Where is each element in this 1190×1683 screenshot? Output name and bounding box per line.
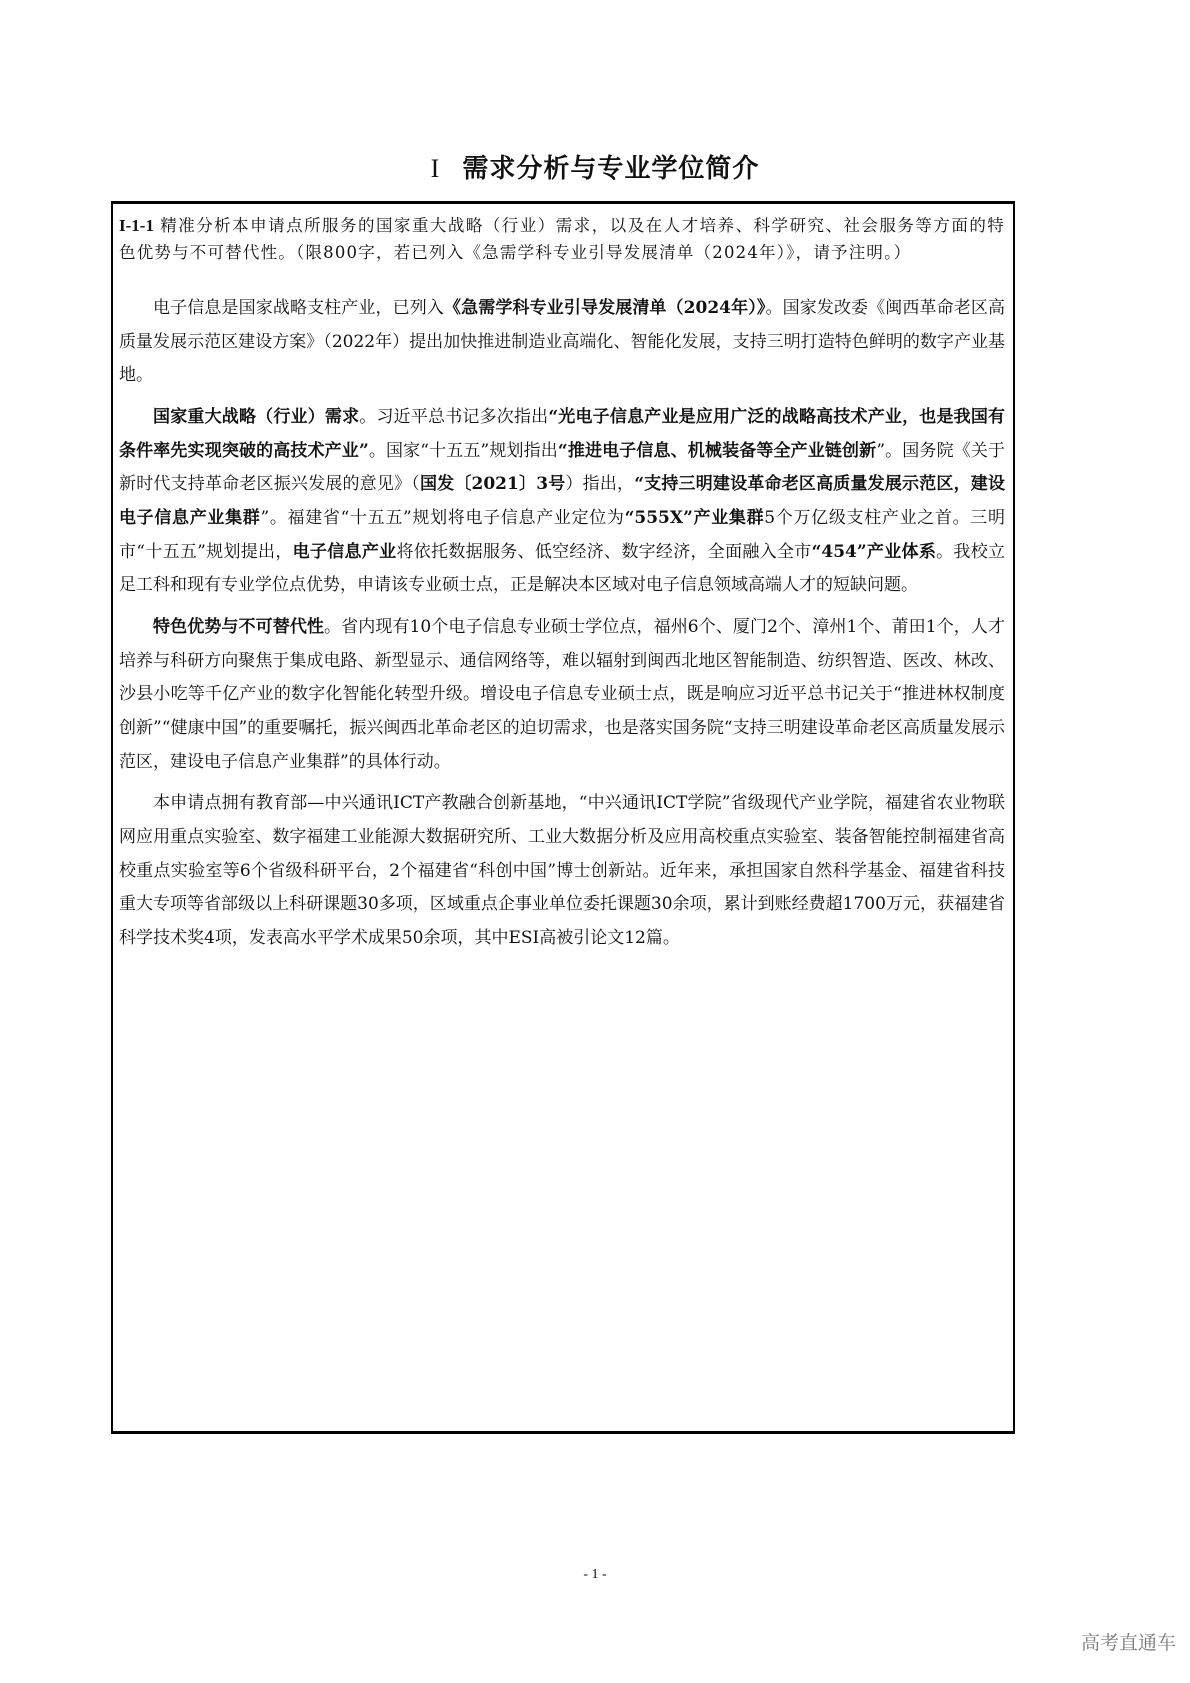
paragraph-text: 。省内现有10个电子信息专业硕士学位点，福州6个、厦门2个、漳州1个、莆田1个，… bbox=[119, 617, 1005, 771]
answer-paragraph: 电子信息是国家战略支柱产业，已列入《急需学科专业引导发展清单（2024年）》。国… bbox=[119, 292, 1005, 393]
emphasis-text: “454”产业体系 bbox=[812, 542, 937, 562]
emphasis-text: 国发〔2021〕3号 bbox=[420, 474, 565, 494]
page-title: I需求分析与专业学位简介 bbox=[0, 148, 1190, 185]
paragraph-text: ）指出， bbox=[565, 474, 634, 494]
paragraph-text: 电子信息是国家战略支柱产业，已列入 bbox=[153, 298, 444, 318]
question-prompt: I-1-1精准分析本申请点所服务的国家重大战略（行业）需求，以及在人才培养、科学… bbox=[119, 212, 1005, 266]
emphasis-text: 国家重大战略（行业）需求 bbox=[153, 407, 359, 427]
paragraph-text: ”。福建省“十五五”规划将电子信息产业定位为 bbox=[260, 508, 624, 528]
paragraph-text: 。习近平总书记多次指出 bbox=[359, 407, 548, 427]
emphasis-text: “推进电子信息、机械装备等全产业链创新 bbox=[558, 441, 876, 461]
emphasis-text: 特色优势与不可替代性 bbox=[153, 617, 324, 637]
content-box: I-1-1精准分析本申请点所服务的国家重大战略（行业）需求，以及在人才培养、科学… bbox=[111, 201, 1015, 1434]
answer-body: 电子信息是国家战略支柱产业，已列入《急需学科专业引导发展清单（2024年）》。国… bbox=[119, 292, 1005, 964]
emphasis-text: “555X”产业集群 bbox=[625, 508, 765, 528]
section-numeral: I bbox=[431, 154, 441, 183]
section-title-text: 需求分析与专业学位简介 bbox=[462, 154, 759, 184]
paragraph-text: 。国家“十五五”规划指出 bbox=[369, 441, 558, 461]
watermark: 高考直通车 bbox=[1081, 1628, 1176, 1655]
page-number: - 1 - bbox=[0, 1567, 1190, 1583]
paragraph-text: 将依托数据服务、低空经济、数字经济，全面融入全市 bbox=[396, 542, 811, 562]
answer-paragraph: 国家重大战略（行业）需求。习近平总书记多次指出“光电子信息产业是应用广泛的战略高… bbox=[119, 401, 1005, 603]
answer-paragraph: 特色优势与不可替代性。省内现有10个电子信息专业硕士学位点，福州6个、厦门2个、… bbox=[119, 611, 1005, 779]
question-text: 精准分析本申请点所服务的国家重大战略（行业）需求，以及在人才培养、科学研究、社会… bbox=[119, 216, 1005, 262]
answer-paragraph: 本申请点拥有教育部—中兴通讯ICT产教融合创新基地，“中兴通讯ICT学院”省级现… bbox=[119, 787, 1005, 955]
emphasis-text: 电子信息产业 bbox=[293, 542, 397, 562]
paragraph-text: 本申请点拥有教育部—中兴通讯ICT产教融合创新基地，“中兴通讯ICT学院”省级现… bbox=[119, 793, 1005, 947]
question-code: I-1-1 bbox=[119, 216, 154, 235]
emphasis-text: 《急需学科专业引导发展清单（2024年）》 bbox=[444, 298, 765, 318]
